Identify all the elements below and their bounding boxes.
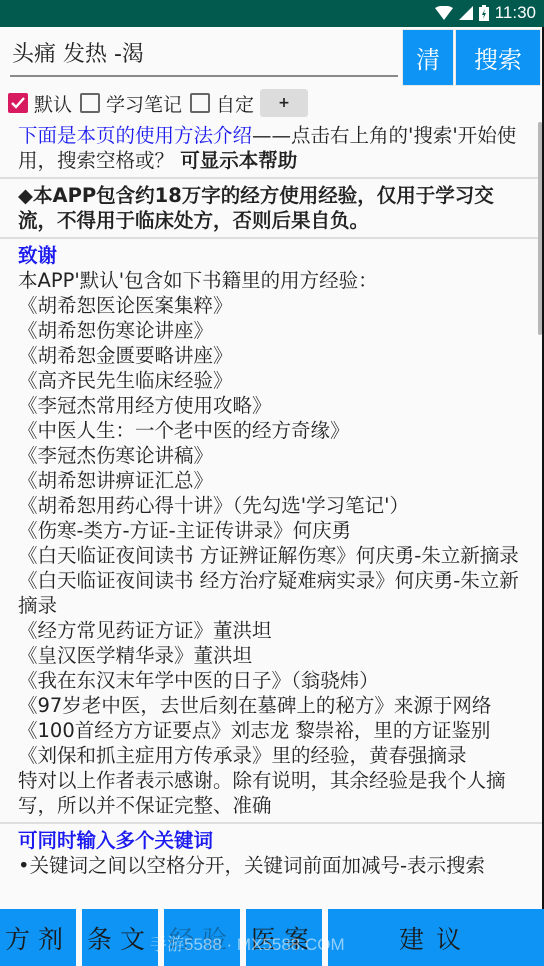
- thanks-title: 致谢: [18, 243, 526, 268]
- tab-formulas-label: 方剂: [5, 920, 71, 956]
- tab-clauses[interactable]: 条文: [82, 909, 158, 966]
- thanks-lead: 本APP'默认'包含如下书籍里的用方经验：: [18, 268, 526, 293]
- add-button[interactable]: +: [260, 89, 308, 117]
- book-item: 《李冠杰伤寒论讲稿》: [18, 443, 526, 468]
- search-button[interactable]: 搜索: [455, 29, 541, 86]
- tab-suggestions-label: 建议: [399, 920, 473, 956]
- disclaimer-text: ◆本APP包含约18万字的经方使用经验，仅用于学习交流，不得用于临床处方，否则后…: [18, 184, 494, 232]
- checkbox-custom[interactable]: [190, 93, 210, 113]
- search-input[interactable]: [10, 30, 398, 74]
- book-item: 《李冠杰常用经方使用攻略》: [18, 393, 526, 418]
- signal-icon: [459, 6, 473, 20]
- clear-button-label: 清: [416, 40, 440, 75]
- battery-charging-icon: [479, 5, 489, 21]
- wifi-icon: [435, 6, 453, 20]
- option-study-notes[interactable]: 学习笔记: [80, 90, 182, 117]
- option-custom-label: 自定: [216, 90, 254, 117]
- option-default[interactable]: 默认: [8, 90, 72, 117]
- tab-suggestions[interactable]: 建议: [328, 909, 544, 966]
- book-item: 《胡希恕讲痹证汇总》: [18, 468, 526, 493]
- disclaimer-block: ◆本APP包含约18万字的经方使用经验，仅用于学习交流，不得用于临床处方，否则后…: [0, 177, 544, 237]
- plus-icon: +: [278, 95, 290, 111]
- option-study-notes-label: 学习笔记: [106, 90, 182, 117]
- book-item: 《皇汉医学精华录》董洪坦: [18, 643, 526, 668]
- book-item: 《高齐民先生临床经验》: [18, 368, 526, 393]
- book-item: 《胡希恕用药心得十讲》（先勾选'学习笔记'）: [18, 493, 526, 518]
- source-options: 默认 学习笔记 自定 +: [8, 89, 308, 117]
- tab-cases-label: 医案: [251, 920, 317, 956]
- keywords-block: 可同时输入多个关键词 •关键词之间以空格分开，关键词前面加减号-表示搜索: [0, 822, 544, 882]
- book-item: 《刘保和抓主症用方传承录》里的经验，黄春强摘录: [18, 743, 526, 768]
- keywords-title: 可同时输入多个关键词: [18, 828, 526, 853]
- intro-link: 下面是本页的使用方法介绍: [18, 124, 252, 147]
- book-item: 《我在东汉末年学中医的日子》（翁骁炜）: [18, 668, 526, 693]
- search-field-container: [10, 30, 398, 77]
- tab-cases[interactable]: 医案: [246, 909, 322, 966]
- book-item: 《胡希恕伤寒论讲座》: [18, 318, 526, 343]
- book-item: 《中医人生：一个老中医的经方奇缘》: [18, 418, 526, 443]
- tab-experience[interactable]: 经验: [164, 909, 240, 966]
- status-bar: 11:30: [0, 0, 544, 27]
- option-custom[interactable]: 自定: [190, 90, 254, 117]
- status-time: 11:30: [495, 3, 536, 23]
- book-item: 《白天临证夜间读书 方证辨证解伤寒》何庆勇-朱立新摘录: [18, 543, 526, 568]
- bottom-nav: 方剂 条文 经验 医案 建议: [0, 909, 544, 966]
- checkbox-default[interactable]: [8, 93, 28, 113]
- book-item: 《97岁老中医，去世后刻在墓碑上的秘方》来源于网络: [18, 693, 526, 718]
- option-default-label: 默认: [34, 90, 72, 117]
- search-button-label: 搜索: [474, 40, 522, 75]
- book-item: 《胡希恕医论医案集粹》: [18, 293, 526, 318]
- book-item: 《白天临证夜间读书 经方治疗疑难病实录》何庆勇-朱立新摘录: [18, 568, 526, 618]
- tab-experience-label: 经验: [169, 920, 235, 956]
- book-item: 《100首经方方证要点》刘志龙 黎崇裕，里的方证鉴别: [18, 718, 526, 743]
- book-item: 《经方常见药证方证》董洪坦: [18, 618, 526, 643]
- thanks-closing: 特对以上作者表示感谢。除有说明，其余经验是我个人摘写，所以并不保证完整、准确: [18, 768, 526, 818]
- intro-block: 下面是本页的使用方法介绍——点击右上角的'搜索'开始使用，搜索空格或？ 可显示本…: [0, 119, 544, 177]
- tab-formulas[interactable]: 方剂: [0, 909, 76, 966]
- tab-clauses-label: 条文: [87, 920, 153, 956]
- book-item: 《胡希恕金匮要略讲座》: [18, 343, 526, 368]
- keywords-line: •关键词之间以空格分开，关键词前面加减号-表示搜索: [18, 853, 526, 878]
- thanks-block: 致谢 本APP'默认'包含如下书籍里的用方经验： 《胡希恕医论医案集粹》 《胡希…: [0, 237, 544, 822]
- checkmark-icon: [11, 97, 25, 109]
- help-content[interactable]: 下面是本页的使用方法介绍——点击右上角的'搜索'开始使用，搜索空格或？ 可显示本…: [0, 119, 544, 910]
- checkbox-study-notes[interactable]: [80, 93, 100, 113]
- intro-bold: 可显示本帮助: [180, 149, 297, 172]
- book-item: 《伤寒-类方-方证-主证传讲录》何庆勇: [18, 518, 526, 543]
- clear-button[interactable]: 清: [402, 29, 454, 86]
